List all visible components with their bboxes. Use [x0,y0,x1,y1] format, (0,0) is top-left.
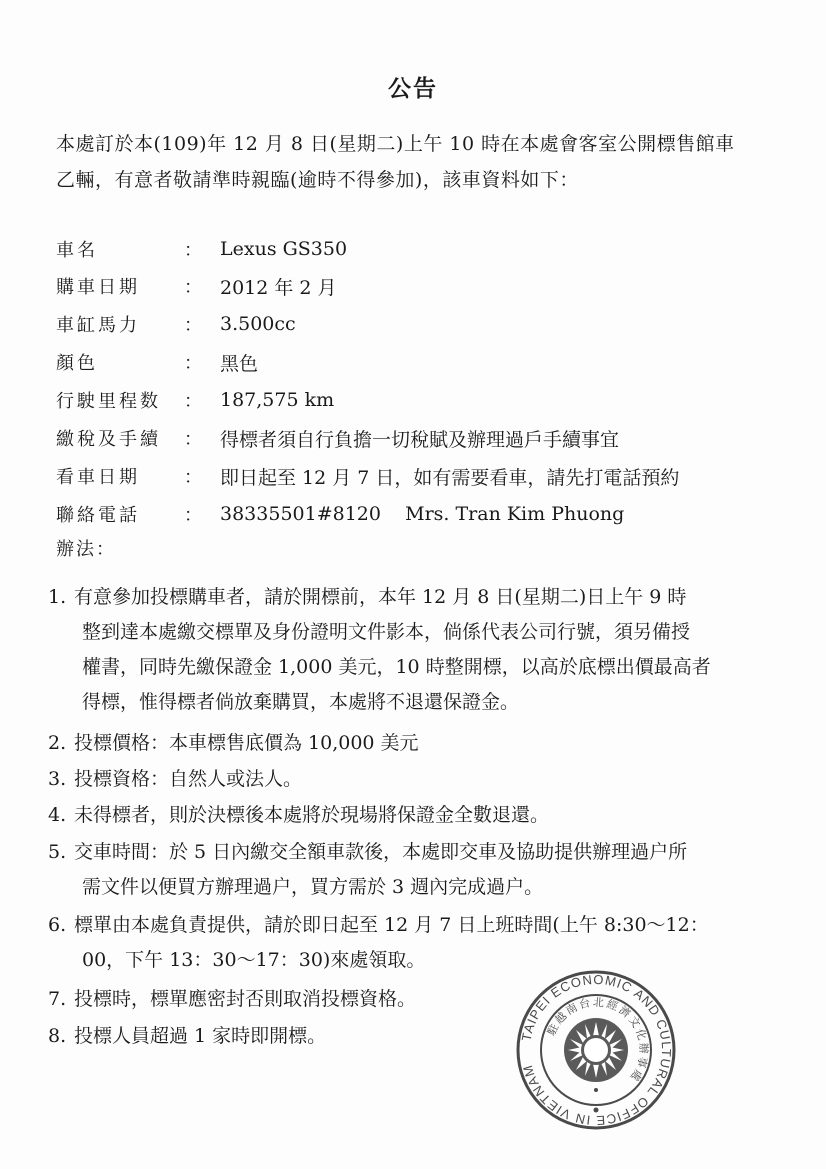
rule-item-3: 3.投標資格：自然人或法人。 [48,762,788,797]
info-label: 聯絡電話 [56,501,184,527]
info-value: 38335501#8120 Mrs. Tran Kim Phuong [220,503,624,525]
rule-number: 7. [48,982,74,1017]
rule-text: 投標時，標單應密封否則取消投標資格。 [74,988,416,1010]
info-row-contact-phone: 聯絡電話 ： 38335501#8120 Mrs. Tran Kim Phuon… [56,496,624,532]
rule-number: 4. [48,798,74,833]
info-colon: ： [184,311,220,337]
document-title: 公告 [0,70,826,103]
info-row-purchase-date: 購車日期 ： 2012 年 2 月 [56,268,337,304]
rule-number: 3. [48,762,74,797]
info-value: 2012 年 2 月 [220,273,337,300]
info-colon: ： [184,463,220,489]
info-value: 黑色 [220,349,258,376]
rule-text: 投標價格：本車標售底價為 10,000 美元 [74,732,419,754]
info-row-tax: 繳稅及手續 ： 得標者須自行負擔一切稅賦及辦理過戶手續事宜 [56,420,619,456]
rule-item-1: 1.有意參加投標購車者，請於開標前，本年 12 月 8 日(星期二)日上午 9 … [48,580,788,720]
info-value: 即日起至 12 月 7 日，如有需要看車，請先打電話預約 [220,463,679,490]
info-label: 看車日期 [56,463,184,489]
info-colon: ： [184,273,220,299]
rule-text: 權書，同時先繳保證金 1,000 美元，10 時整開標，以高於底標出價最高者 [48,650,788,685]
info-colon: ： [184,349,220,375]
info-value: 187,575 km [220,389,334,411]
info-label: 車缸馬力 [56,311,184,337]
rule-text: 需文件以便買方辦理過户，買方需於 3 週內完成過户。 [48,870,788,905]
official-seal: TAIPEI ECONOMIC AND CULTURAL OFFICE IN V… [511,968,681,1133]
rule-text: 有意參加投標購車者，請於開標前，本年 12 月 8 日(星期二)日上午 9 時 [74,586,686,608]
info-label: 繳稅及手續 [56,425,184,451]
info-label: 購車日期 [56,273,184,299]
info-row-color: 顏色 ： 黑色 [56,344,258,380]
info-row-mileage: 行駛里程数 ： 187,575 km [56,382,334,418]
info-row-engine: 車缸馬力 ： 3.500cc [56,306,296,342]
rule-number: 5. [48,835,74,870]
rule-text: 交車時間：於 5 日內繳交全額車款後，本處即交車及協助提供辦理過户所 [74,841,687,863]
info-label: 顏色 [56,349,184,375]
info-value: Lexus GS350 [220,238,347,260]
info-label: 行駛里程数 [56,387,184,413]
info-colon: ： [184,387,220,413]
rule-text: 投標人員超過 1 家時即開標。 [74,1025,326,1047]
info-row-viewing-date: 看車日期 ： 即日起至 12 月 7 日，如有需要看車，請先打電話預約 [56,458,679,494]
rule-text: 標單由本處負責提供，請於即日起至 12 月 7 日上班時間(上午 8:30～12… [74,914,709,936]
rule-number: 8. [48,1019,74,1054]
rule-text: 得標，惟得標者倘放棄購買，本處將不退還保證金。 [48,685,788,720]
rule-number: 2. [48,726,74,761]
rule-item-4: 4.未得標者，則於決標後本處將於現場將保證金全數退還。 [48,798,788,833]
info-value: 得標者須自行負擔一切稅賦及辦理過戶手續事宜 [220,425,619,452]
info-label: 車名 [56,236,184,262]
rule-number: 6. [48,908,74,943]
info-row-car-name: 車名 ： Lexus GS350 [56,231,347,267]
rule-text: 投標資格：自然人或法人。 [74,768,302,790]
rule-number: 1. [48,580,74,615]
intro-line-1: 本處訂於本(109)年 12 月 8 日(星期二)上午 10 時在本處會客室公開… [56,126,786,162]
info-colon: ： [184,425,220,451]
intro-line-2: 乙輛，有意者敬請準時親臨(逾時不得參加)，該車資料如下： [56,162,786,198]
rule-item-5: 5.交車時間：於 5 日內繳交全額車款後，本處即交車及協助提供辦理過户所 需文件… [48,835,788,905]
info-colon: ： [184,501,220,527]
document-page: 公告 本處訂於本(109)年 12 月 8 日(星期二)上午 10 時在本處會客… [0,0,826,1169]
rule-text: 未得標者，則於決標後本處將於現場將保證金全數退還。 [74,804,549,826]
method-heading: 辦法： [56,535,116,561]
info-value: 3.500cc [220,313,296,335]
rule-text: 整到達本處繳交標單及身份證明文件影本，倘係代表公司行號，須另備授 [48,615,788,650]
seal-icon: TAIPEI ECONOMIC AND CULTURAL OFFICE IN V… [511,968,681,1133]
info-colon: ： [184,236,220,262]
rule-item-2: 2.投標價格：本車標售底價為 10,000 美元 [48,726,788,761]
